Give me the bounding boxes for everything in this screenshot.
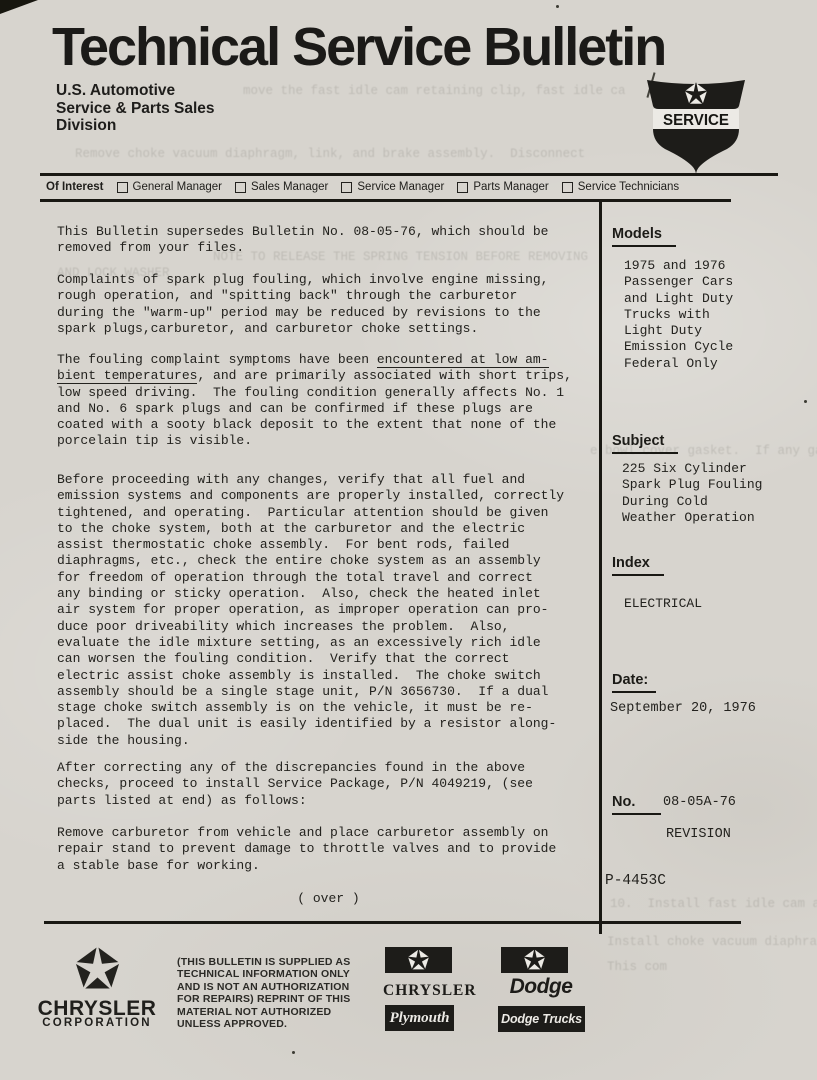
- recipient-label: General Manager: [133, 181, 223, 193]
- checkbox-icon: [457, 182, 468, 193]
- dodge-trucks-badge: Dodge Trucks: [498, 1006, 585, 1032]
- ghost-text-line: 10. Install fast idle cam and link.: [610, 897, 817, 911]
- of-interest-label: Of Interest: [46, 181, 104, 193]
- recipient-label: Parts Manager: [473, 181, 548, 193]
- division-name: U.S. Automotive Service & Parts Sales Di…: [56, 82, 215, 135]
- scan-speck: [292, 1051, 295, 1054]
- index-value: ELECTRICAL: [624, 596, 702, 612]
- recipient-service-technicians: Service Technicians: [562, 181, 679, 193]
- index-heading: Index: [612, 555, 664, 576]
- paragraph-symptoms: The fouling complaint symptoms have been…: [57, 352, 572, 450]
- interest-rule: [40, 199, 731, 202]
- scan-speck: [804, 400, 807, 403]
- paragraph-complaints: Complaints of spark plug fouling, which …: [57, 272, 548, 337]
- scanned-bulletin-page: move the fast idle cam retaining clip, f…: [0, 0, 817, 1080]
- header-rule: [40, 173, 778, 176]
- corporation-name: CHRYSLER: [38, 1000, 157, 1017]
- recipient-general-manager: General Manager: [117, 181, 223, 193]
- date-value: September 20, 1976: [610, 701, 756, 717]
- underlined-text: bient temperatures: [57, 368, 197, 384]
- dodge-trucks-wordmark: Dodge Trucks: [501, 1012, 582, 1026]
- paragraph-service-package: After correcting any of the discrepancie…: [57, 760, 533, 809]
- number-heading: No.: [612, 794, 661, 815]
- paragraph-remove-carburetor: Remove carburetor from vehicle and place…: [57, 825, 556, 874]
- checkbox-icon: [562, 182, 573, 193]
- recipient-parts-manager: Parts Manager: [457, 181, 548, 193]
- subject-value: 225 Six Cylinder Spark Plug Fouling Duri…: [622, 461, 762, 526]
- bulletin-title: Technical Service Bulletin: [52, 16, 665, 78]
- dodge-wordmark: Dodge: [496, 975, 586, 999]
- ghost-text-line: Install choke vacuum diaphragm.: [607, 935, 817, 949]
- recipient-label: Service Manager: [357, 181, 444, 193]
- footer-rule: [44, 921, 741, 924]
- reprint-disclaimer: (THIS BULLETIN IS SUPPLIED AS TECHNICAL …: [177, 956, 350, 1030]
- models-value: 1975 and 1976 Passenger Cars and Light D…: [624, 258, 733, 372]
- chrysler-service-shield-logo: SERVICE: [646, 79, 746, 176]
- scan-corner-artifact: [0, 0, 38, 14]
- recipient-sales-manager: Sales Manager: [235, 181, 328, 193]
- paragraph-verification: Before proceeding with any changes, veri…: [57, 472, 564, 749]
- plymouth-wordmark: Plymouth: [389, 1010, 449, 1027]
- ghost-text-line: This com: [607, 960, 667, 974]
- plymouth-badge: Plymouth: [385, 1005, 454, 1031]
- recipient-service-manager: Service Manager: [341, 181, 444, 193]
- bulletin-number: 08-05A-76: [663, 795, 736, 811]
- recipient-label: Service Technicians: [578, 181, 679, 193]
- form-code: P-4453C: [605, 873, 666, 889]
- underlined-text: encountered at low am-: [377, 352, 549, 368]
- scan-speck: [556, 5, 559, 8]
- checkbox-icon: [235, 182, 246, 193]
- checkbox-icon: [341, 182, 352, 193]
- chrysler-corporation-logo: CHRYSLER CORPORATION: [42, 946, 152, 1030]
- pentastar-icon: [523, 949, 546, 971]
- ghost-text-line: move the fast idle cam retaining clip, f…: [243, 84, 626, 98]
- chrysler-wordmark: CHRYSLER: [383, 982, 467, 1000]
- recipient-label: Sales Manager: [251, 181, 328, 193]
- paragraph-supersedes: This Bulletin supersedes Bulletin No. 08…: [57, 224, 548, 257]
- over-note: ( over ): [57, 891, 600, 906]
- text-run: The fouling complaint symptoms have been: [57, 352, 377, 367]
- shield-service-label: SERVICE: [663, 112, 729, 129]
- subject-heading: Subject: [612, 433, 678, 454]
- checkbox-icon: [117, 182, 128, 193]
- pentastar-icon: [407, 949, 430, 971]
- revision-label: REVISION: [666, 827, 731, 843]
- of-interest-row: Of Interest General Manager Sales Manage…: [46, 181, 766, 193]
- column-divider: [599, 201, 602, 934]
- date-heading: Date:: [612, 672, 656, 693]
- corporation-subname: CORPORATION: [42, 1017, 152, 1030]
- ghost-text-line: Remove choke vacuum diaphragm, link, and…: [75, 147, 585, 161]
- chrysler-pentastar-badge: [385, 947, 452, 973]
- dodge-pentastar-badge: [501, 947, 568, 973]
- models-heading: Models: [612, 226, 676, 247]
- pentastar-icon: [74, 946, 121, 992]
